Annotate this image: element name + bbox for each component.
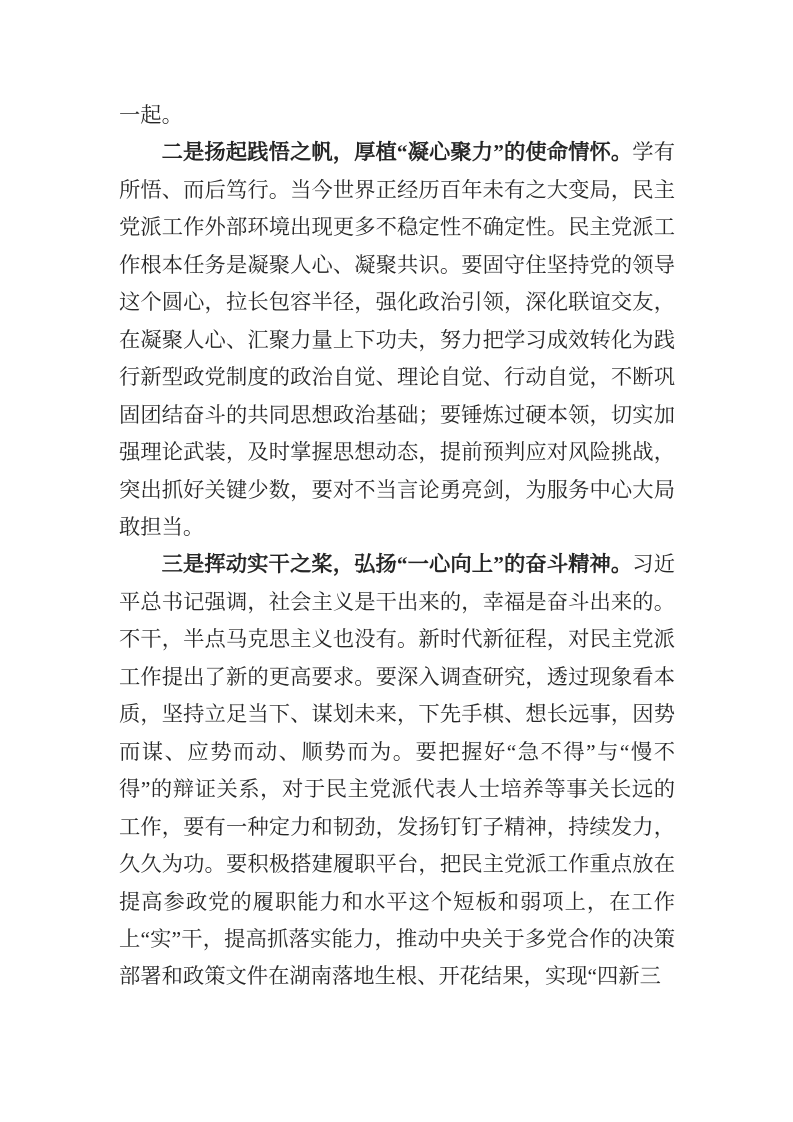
document-page: 一起。 二是扬起践悟之帆，厚植“凝心聚力”的使命情怀。学有所悟、而后笃行。当今世…: [0, 0, 793, 1122]
paragraph-lead: 二是扬起践悟之帆，厚植“凝心聚力”的使命情怀。: [162, 140, 633, 164]
paragraph-text: 学有所悟、而后笃行。当今世界正经历百年未有之大变局，民主党派工作外部环境出现更多…: [119, 140, 675, 539]
document-content: 一起。 二是扬起践悟之帆，厚植“凝心聚力”的使命情怀。学有所悟、而后笃行。当今世…: [119, 97, 675, 996]
paragraph-text: 一起。: [119, 103, 183, 127]
paragraph-two: 二是扬起践悟之帆，厚植“凝心聚力”的使命情怀。学有所悟、而后笃行。当今世界正经历…: [119, 134, 675, 546]
paragraph-continuation: 一起。: [119, 97, 675, 134]
paragraph-text: 习近平总书记强调，社会主义是干出来的，幸福是奋斗出来的。不干，半点马克思主义也没…: [119, 552, 675, 988]
paragraph-three: 三是挥动实干之桨，弘扬“一心向上”的奋斗精神。习近平总书记强调，社会主义是干出来…: [119, 546, 675, 995]
paragraph-lead: 三是挥动实干之桨，弘扬“一心向上”的奋斗精神。: [162, 552, 633, 576]
